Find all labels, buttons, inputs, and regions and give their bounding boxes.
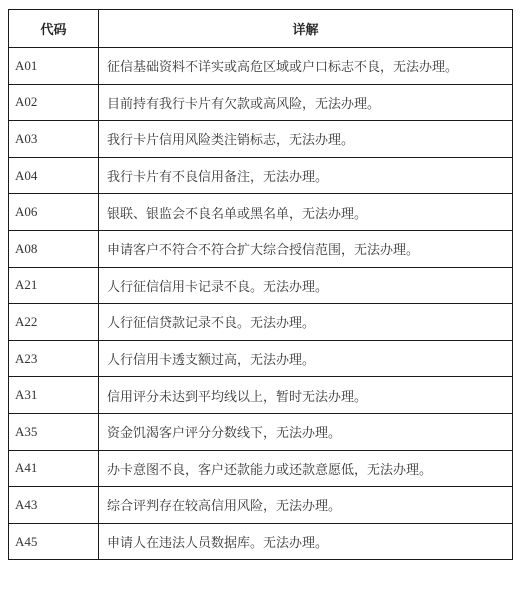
- table-row: A08 申请客户不符合不符合扩大综合授信范围，无法办理。: [9, 230, 513, 267]
- detail-cell: 申请人在违法人员数据库。无法办理。: [99, 523, 513, 560]
- table-row: A43 综合评判存在较高信用风险，无法办理。: [9, 487, 513, 524]
- table-row: A22 人行征信贷款记录不良。无法办理。: [9, 304, 513, 341]
- detail-cell: 综合评判存在较高信用风险，无法办理。: [99, 487, 513, 524]
- detail-cell: 银联、银监会不良名单或黑名单，无法办理。: [99, 194, 513, 231]
- code-cell: A41: [9, 450, 99, 487]
- code-cell: A06: [9, 194, 99, 231]
- table-row: A03 我行卡片信用风险类注销标志，无法办理。: [9, 121, 513, 158]
- code-cell: A02: [9, 84, 99, 121]
- code-cell: A08: [9, 230, 99, 267]
- code-cell: A23: [9, 340, 99, 377]
- detail-cell: 办卡意图不良，客户还款能力或还款意愿低，无法办理。: [99, 450, 513, 487]
- table-row: A23 人行信用卡透支额过高，无法办理。: [9, 340, 513, 377]
- table-row: A21 人行征信信用卡记录不良。无法办理。: [9, 267, 513, 304]
- code-cell: A01: [9, 48, 99, 85]
- code-cell: A21: [9, 267, 99, 304]
- header-detail: 详解: [99, 10, 513, 48]
- table-row: A01 征信基础资料不详实或高危区域或户口标志不良，无法办理。: [9, 48, 513, 85]
- detail-cell: 我行卡片有不良信用备注，无法办理。: [99, 157, 513, 194]
- detail-cell: 人行征信信用卡记录不良。无法办理。: [99, 267, 513, 304]
- table-row: A41 办卡意图不良，客户还款能力或还款意愿低，无法办理。: [9, 450, 513, 487]
- table-row: A45 申请人在违法人员数据库。无法办理。: [9, 523, 513, 560]
- code-cell: A04: [9, 157, 99, 194]
- code-cell: A43: [9, 487, 99, 524]
- detail-cell: 征信基础资料不详实或高危区域或户口标志不良，无法办理。: [99, 48, 513, 85]
- table-header-row: 代码 详解: [9, 10, 513, 48]
- code-cell: A35: [9, 413, 99, 450]
- detail-cell: 人行信用卡透支额过高，无法办理。: [99, 340, 513, 377]
- code-cell: A45: [9, 523, 99, 560]
- code-cell: A22: [9, 304, 99, 341]
- table-row: A02 目前持有我行卡片有欠款或高风险，无法办理。: [9, 84, 513, 121]
- code-cell: A31: [9, 377, 99, 414]
- header-code: 代码: [9, 10, 99, 48]
- rejection-code-table: 代码 详解 A01 征信基础资料不详实或高危区域或户口标志不良，无法办理。 A0…: [8, 9, 513, 560]
- detail-cell: 资金饥渴客户评分分数线下，无法办理。: [99, 413, 513, 450]
- detail-cell: 信用评分未达到平均线以上，暂时无法办理。: [99, 377, 513, 414]
- detail-cell: 我行卡片信用风险类注销标志，无法办理。: [99, 121, 513, 158]
- table-row: A06 银联、银监会不良名单或黑名单，无法办理。: [9, 194, 513, 231]
- table-row: A31 信用评分未达到平均线以上，暂时无法办理。: [9, 377, 513, 414]
- table-row: A35 资金饥渴客户评分分数线下，无法办理。: [9, 413, 513, 450]
- code-cell: A03: [9, 121, 99, 158]
- detail-cell: 申请客户不符合不符合扩大综合授信范围，无法办理。: [99, 230, 513, 267]
- detail-cell: 目前持有我行卡片有欠款或高风险，无法办理。: [99, 84, 513, 121]
- table-row: A04 我行卡片有不良信用备注，无法办理。: [9, 157, 513, 194]
- detail-cell: 人行征信贷款记录不良。无法办理。: [99, 304, 513, 341]
